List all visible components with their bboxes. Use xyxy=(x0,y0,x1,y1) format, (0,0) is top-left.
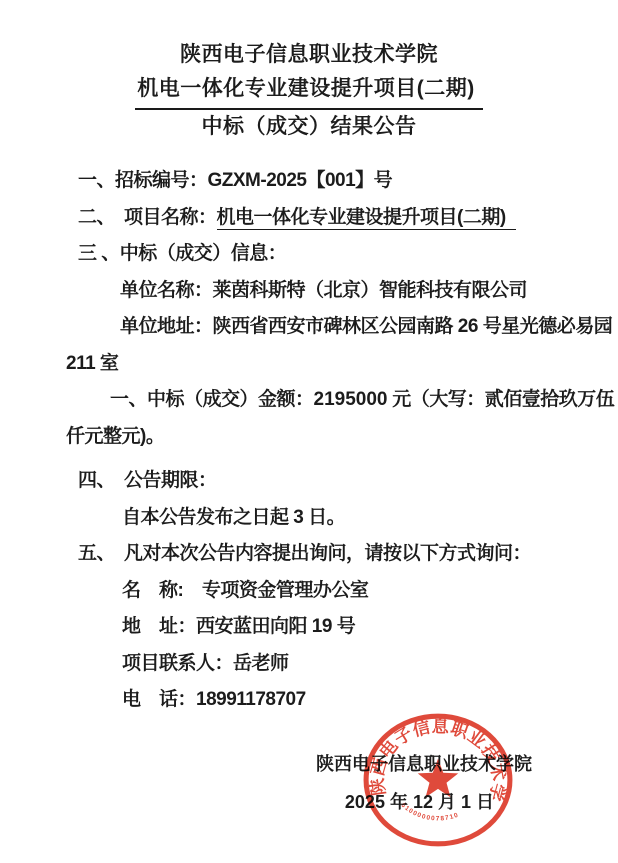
line-contact-phone: 电 话：18991178707 xyxy=(66,682,578,719)
signature-org: 陕西电子信息职业技术学院 xyxy=(316,754,532,774)
line-award-info-heading: 三 、中标（成交）信息： xyxy=(66,236,578,273)
line-contact-name: 名 称: 专项资金管理办公室 xyxy=(66,573,578,610)
line-winner-address-1: 单位地址：陕西省西安市碑林区公园南路 26 号星光德必易园 xyxy=(66,309,578,346)
signature-block: 陕西电子信息职业技术学院 2025 年 12 月 1 日 xyxy=(316,754,532,812)
announcement-page: 陕西电子信息职业技术学院 机电一体化专业建设提升项目(二期) 中标（成交）结果公… xyxy=(0,0,618,863)
title-announcement: 中标（成交）结果公告 xyxy=(0,110,618,144)
line-notice-period-body: 自本公告发布之日起 3 日。 xyxy=(66,500,578,537)
document-body: 一、招标编号：GZXM-2025【001】号 二、 项目名称：机电一体化专业建设… xyxy=(0,163,618,719)
line-bid-number: 一、招标编号：GZXM-2025【001】号 xyxy=(66,163,578,200)
title-project: 机电一体化专业建设提升项目(二期) xyxy=(0,72,618,110)
line-project-name: 二、 项目名称：机电一体化专业建设提升项目(二期) xyxy=(66,200,578,237)
signature-date: 2025 年 12 月 1 日 xyxy=(316,792,494,812)
project-name-underlined: 机电一体化专业建设提升项目(二期) xyxy=(217,207,516,230)
award-amount: 2195000 xyxy=(314,389,388,410)
line-amount-2: 仟元整元)。 xyxy=(66,419,578,456)
line-winner-address-2: 211 室 xyxy=(66,346,578,383)
line-contact-person: 项目联系人：岳老师 xyxy=(66,646,578,683)
title-institution: 陕西电子信息职业技术学院 xyxy=(0,38,618,72)
line-amount-1: 一、中标（成交）金额：2195000 元（大写：贰佰壹拾玖万伍 xyxy=(66,382,578,419)
line-inquiry-heading: 五、 凡对本次公告内容提出询问，请按以下方式询问： xyxy=(66,536,578,573)
line-winner-name: 单位名称：莱茵科斯特（北京）智能科技有限公司 xyxy=(66,273,578,310)
title-block: 陕西电子信息职业技术学院 机电一体化专业建设提升项目(二期) 中标（成交）结果公… xyxy=(0,0,618,144)
line-contact-address: 地 址：西安蓝田向阳 19 号 xyxy=(66,609,578,646)
line-notice-period-heading: 四、 公告期限： xyxy=(66,463,578,500)
